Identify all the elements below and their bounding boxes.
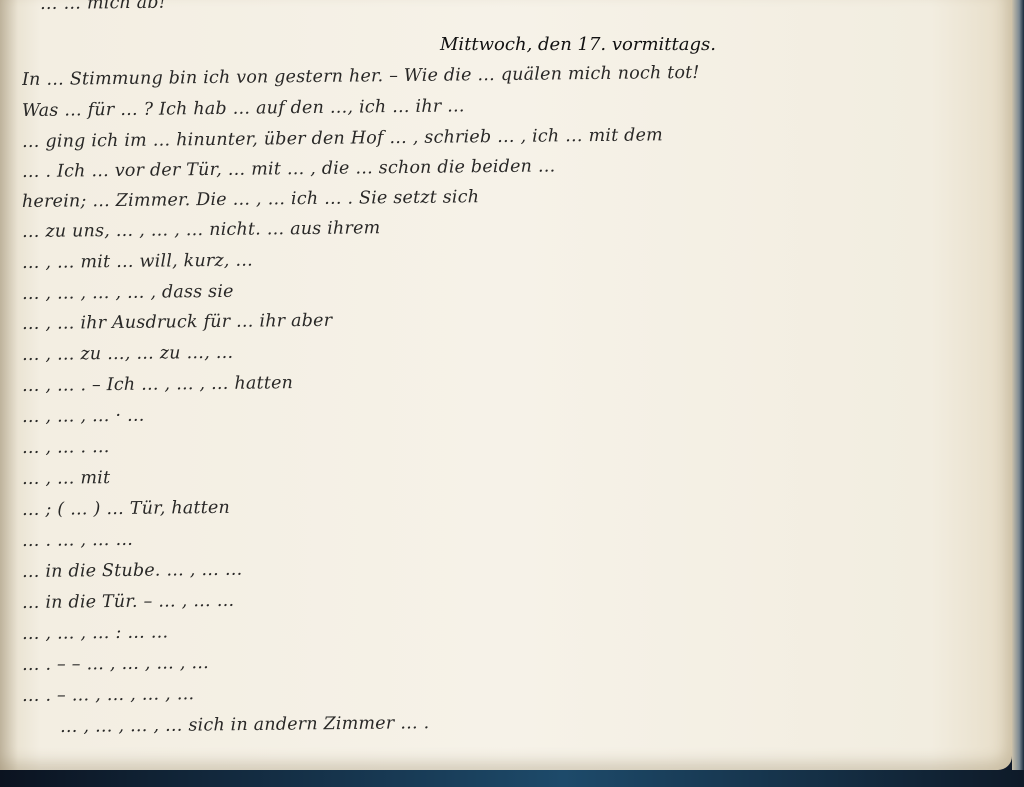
entry-heading: Mittwoch, den 17. vormittags.	[440, 34, 716, 55]
text-line: … ging ich im … hinunter, über den Hof ……	[22, 122, 972, 152]
text-line: … . … , … …	[22, 521, 972, 551]
text-line: … , … zu …, … zu …, …	[22, 335, 972, 365]
text-line: In … Stimmung bin ich von gestern her. –…	[22, 60, 972, 90]
text-line: … zu uns, … , … , … nicht. … aus ihrem	[22, 212, 972, 242]
text-line: … in die Tür. – … , … …	[22, 583, 972, 613]
background-surface	[0, 770, 1024, 787]
text-line: … , … , … · …	[22, 397, 972, 427]
book-spine-shadow	[0, 0, 18, 770]
page-edge	[1012, 0, 1024, 787]
top-fragment-line: … … mich ab!	[40, 0, 972, 14]
text-line: … ; ( … ) … Tür, hatten	[22, 490, 972, 520]
text-line: … , … . …	[22, 428, 972, 458]
text-line: … , … ihr Ausdruck für … ihr aber	[22, 304, 972, 334]
text-line: … . Ich … vor der Tür, … mit … , die … s…	[22, 152, 972, 182]
text-line: … . – – … , … , … , …	[22, 645, 972, 675]
text-line: … , … mit	[22, 459, 972, 489]
text-line: … , … , … : … …	[22, 614, 972, 644]
text-line: … in die Stube. … , … …	[22, 552, 972, 582]
text-line: herein; … Zimmer. Die … , … ich … . Sie …	[22, 182, 972, 212]
text-line: … , … , … , … , dass sie	[22, 274, 972, 304]
text-line: … , … . – Ich … , … , … hatten	[22, 366, 972, 396]
text-line: … , … mit … will, kurz, …	[22, 243, 972, 273]
text-line: … . – … , … , … , …	[22, 676, 972, 706]
text-line: Was … für … ? Ich hab … auf den …, ich ……	[22, 91, 972, 121]
text-line: … , … , … , … sich in andern Zimmer … .	[60, 707, 972, 737]
diary-page: … … mich ab! Mittwoch, den 17. vormittag…	[0, 0, 1012, 770]
